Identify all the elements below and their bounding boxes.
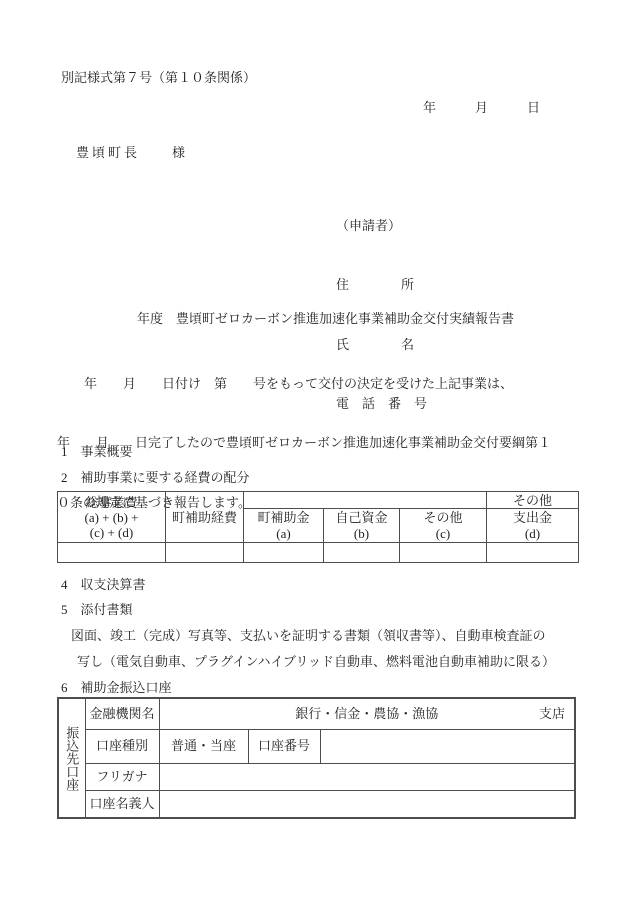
section-4-heading: 4 収支決算書: [61, 577, 146, 593]
furigana-label: フリガナ: [86, 769, 159, 785]
section-5-heading: 5 添付書類: [61, 602, 133, 618]
blank-spacer-cell: [244, 492, 487, 509]
town-subsidy-key: (a): [244, 526, 323, 542]
town-subsidy-label: 町補助金: [244, 510, 323, 526]
cost-allocation-table: 総事業費 (a) + (b) + (c) + (d) 町補助経費 その他 町補助…: [57, 491, 579, 563]
furigana-value-cell: [159, 763, 575, 790]
holder-value-cell: [159, 790, 575, 818]
other-fund-label: その他: [400, 510, 486, 526]
self-fund-label: 自己資金: [324, 510, 399, 526]
other-expense-header-cell: 支出金 (d): [487, 509, 579, 543]
applicant-label: （申請者）: [336, 212, 427, 239]
other-expense-label: 支出金: [487, 510, 578, 526]
town-subsidy-value-cell: [244, 543, 324, 563]
form-number-label: 別記様式第７号（第１０条関係）: [61, 70, 256, 86]
institution-name-label-cell: 金融機関名: [85, 698, 159, 729]
total-cost-header-cell: 総事業費 (a) + (b) + (c) + (d): [58, 492, 166, 543]
applicant-address-label: 住 所: [336, 271, 427, 298]
account-type-value-cell: 普通・当座: [159, 729, 248, 763]
other-top-header-cell: その他: [487, 492, 579, 509]
section-1-heading: 1 事業概要: [61, 444, 133, 460]
other-expense-value-cell: [487, 543, 579, 563]
town-subsidy-expense-label: 町補助経費: [166, 510, 243, 525]
other-expense-key: (d): [487, 526, 578, 542]
document-title: 年度 豊頃町ゼロカーボン推進加速化事業補助金交付実績報告書: [137, 311, 514, 327]
other-fund-value-cell: [400, 543, 487, 563]
town-subsidy-expense-value-cell: [166, 543, 244, 563]
section-6-heading: 6 補助金振込口座: [61, 680, 172, 696]
transfer-account-table: 振込先口座 金融機関名 銀行・信金・農協・漁協 支店 口座種別 普通・当座 口座…: [57, 697, 576, 819]
self-fund-value-cell: [324, 543, 400, 563]
total-cost-formula-1: (a) + (b) +: [58, 510, 165, 525]
account-type-options-text: 普通・当座: [160, 738, 248, 754]
attachment-note-line-2: 写し（電気自動車、プラグインハイブリッド自動車、燃料電池自動車補助に限る）: [77, 654, 555, 670]
body-line-1: 年 月 日付け 第 号をもって交付の決定を受けた上記事業は、: [57, 370, 577, 397]
body-line-2: 年 月 日完了したので豊頃町ゼロカーボン推進加速化事業補助金交付要綱第１: [57, 429, 577, 456]
total-cost-value-cell: [58, 543, 166, 563]
total-cost-formula-2: (c) + (d): [58, 525, 165, 540]
account-number-value-cell: [320, 729, 575, 763]
furigana-label-cell: フリガナ: [85, 763, 159, 790]
attachment-note-line-1: 図面、竣工（完成）写真等、支払いを証明する書類（領収書等）、自動車検査証の: [71, 628, 546, 644]
account-number-label: 口座番号: [249, 738, 320, 754]
account-type-label: 口座種別: [86, 738, 159, 754]
other-fund-header-cell: その他 (c): [400, 509, 487, 543]
self-fund-header-cell: 自己資金 (b): [324, 509, 400, 543]
addressee-line: 豊頃町長 様: [76, 145, 188, 161]
institution-options-text: 銀行・信金・農協・漁協: [295, 706, 438, 721]
account-type-label-cell: 口座種別: [85, 729, 159, 763]
branch-suffix-label: 支店: [539, 706, 565, 722]
holder-label: 口座名義人: [86, 796, 159, 812]
transfer-account-side-label: 振込先口座: [65, 726, 78, 791]
self-fund-key: (b): [324, 526, 399, 542]
other-top-label: その他: [487, 493, 578, 508]
holder-label-cell: 口座名義人: [85, 790, 159, 818]
total-cost-label: 総事業費: [58, 495, 165, 510]
other-fund-key: (c): [400, 526, 486, 542]
town-subsidy-expense-header-cell: 町補助経費: [166, 492, 244, 543]
institution-name-label: 金融機関名: [86, 706, 159, 722]
transfer-account-side-cell: 振込先口座: [58, 698, 85, 818]
institution-name-value-cell: 銀行・信金・農協・漁協 支店: [159, 698, 575, 729]
date-blank-line: 年 月 日: [423, 100, 540, 116]
town-subsidy-header-cell: 町補助金 (a): [244, 509, 324, 543]
section-2-heading: 2 補助事業に要する経費の配分: [61, 470, 250, 486]
document-page: 別記様式第７号（第１０条関係） 年 月 日 豊頃町長 様 （申請者） 住 所 氏…: [0, 0, 630, 903]
account-number-label-cell: 口座番号: [248, 729, 320, 763]
